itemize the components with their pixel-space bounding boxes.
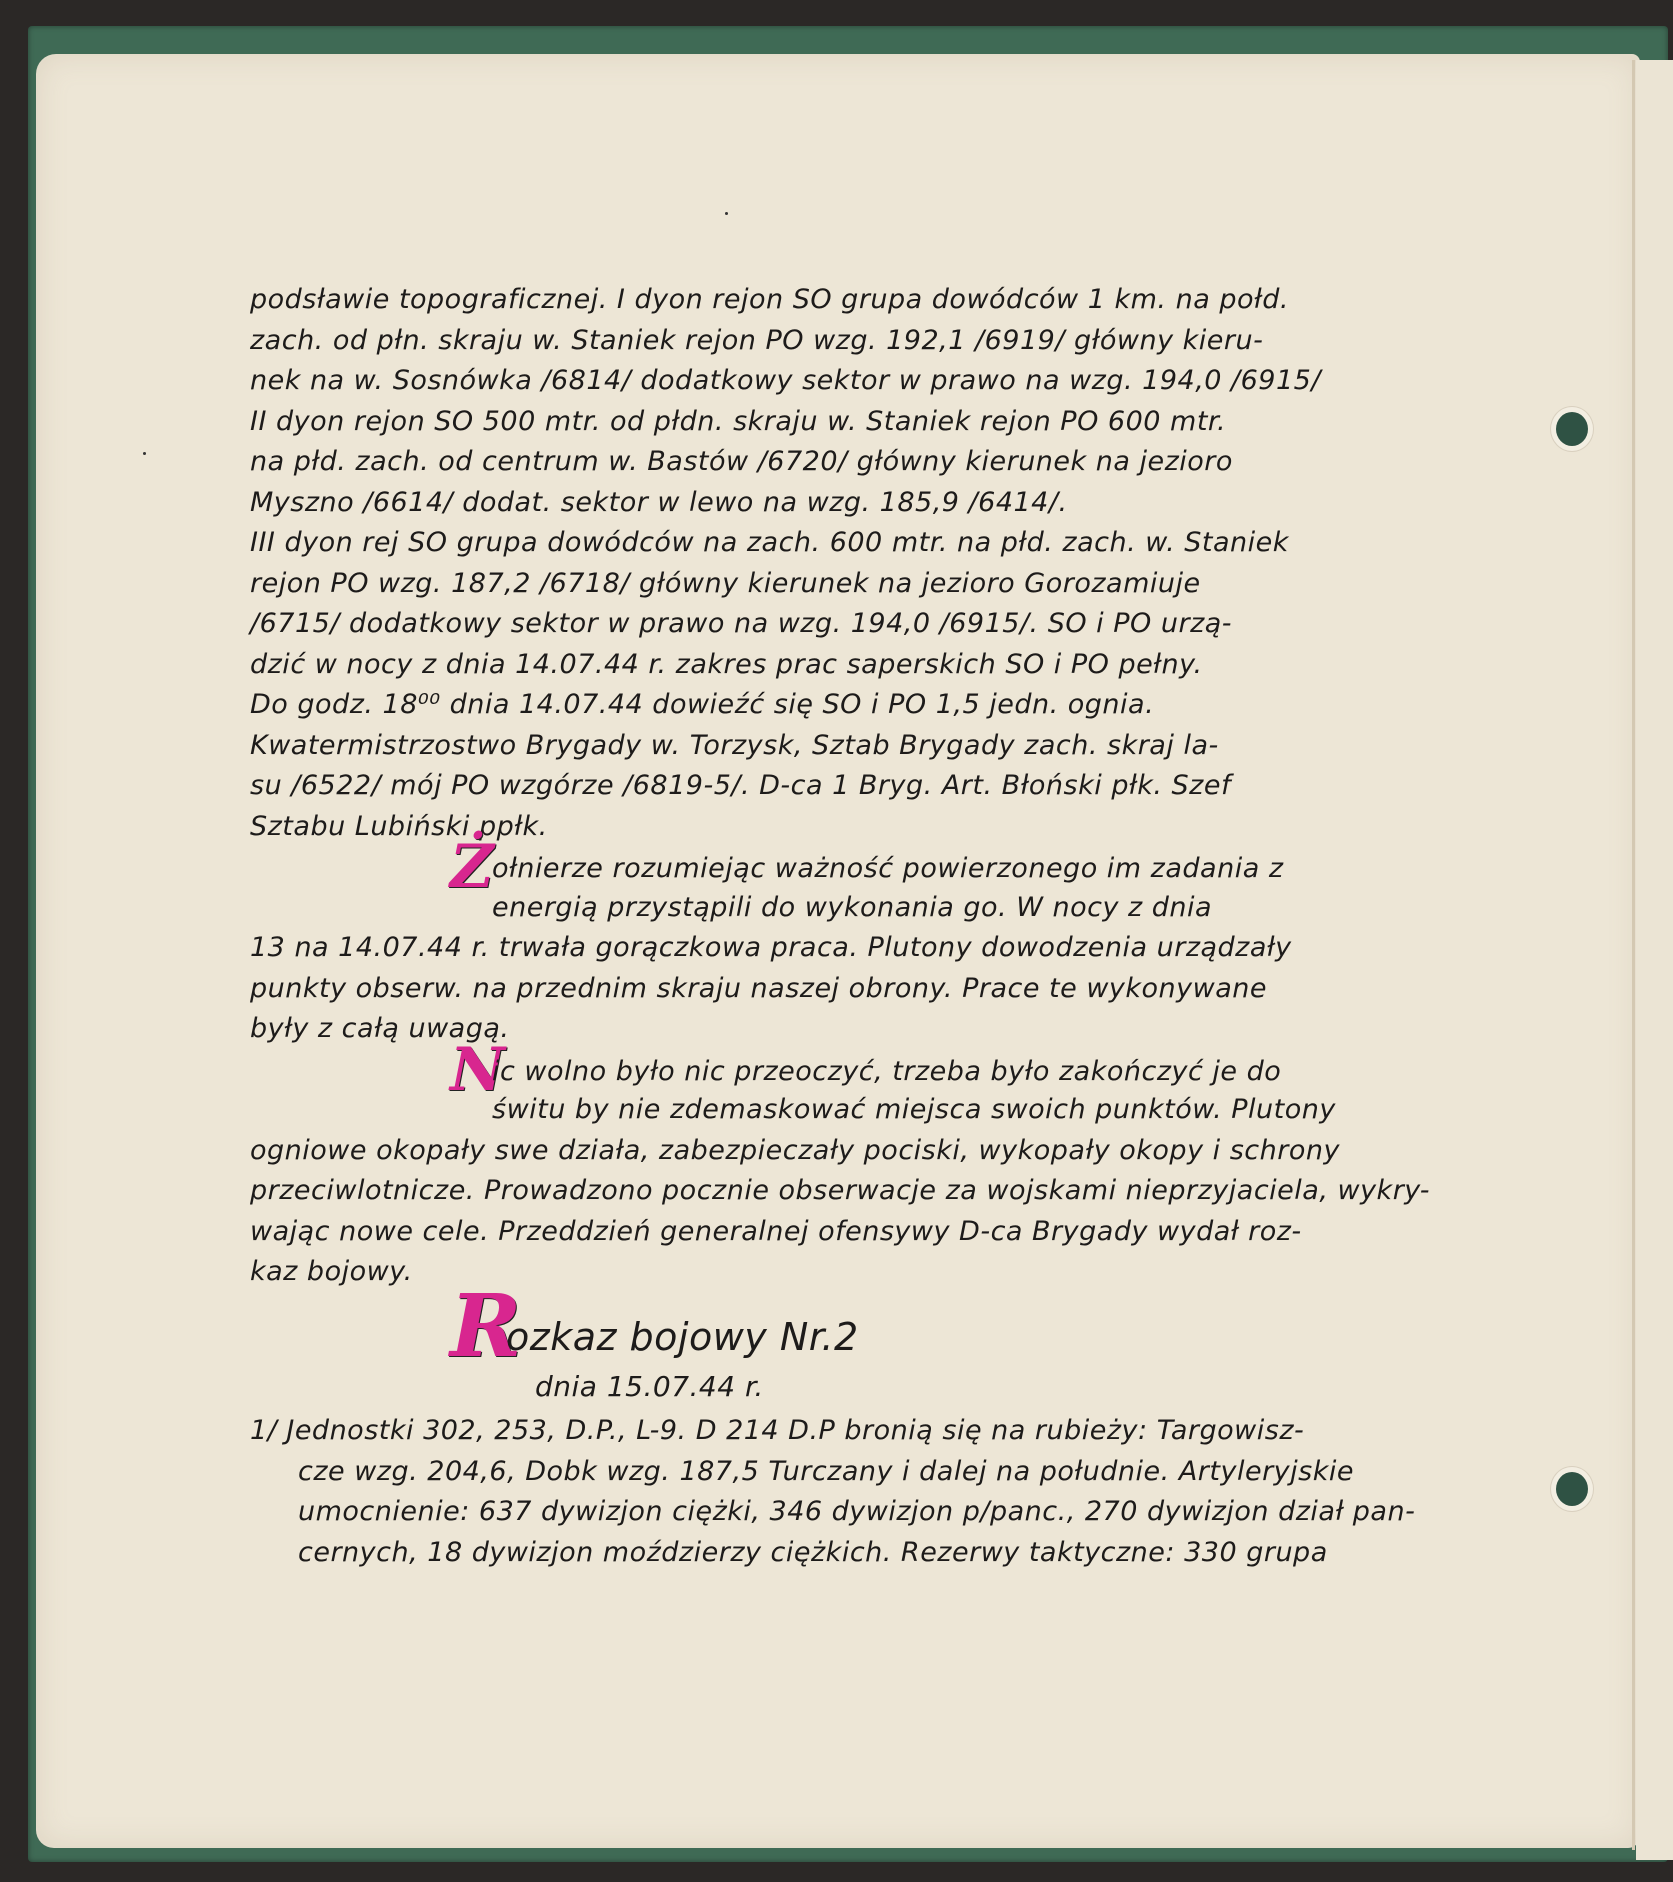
paragraph-topographic: podsławie topograficznej. I dyon rejon S… [250,280,1450,847]
illuminated-initial: R [450,1307,506,1347]
paragraph-soldiers: Żołnierze rozumiejąc ważność powierzoneg… [250,847,1450,1050]
text-line: 1/ Jednostki 302, 253, D.P., L-9. D 214 … [250,1411,1450,1452]
section-heading: Rozkaz bojowy Nr.2 [250,1307,1450,1367]
illuminated-initial: Ż [450,847,492,887]
text-line: Kwatermistrzostwo Brygady w. Torzysk, Sz… [250,726,1450,767]
text-line: na płd. zach. od centrum w. Bastów /6720… [250,442,1450,483]
page-fold-line [1632,60,1635,1850]
text-line-content: ołnierze rozumiejąc ważność powierzonego… [492,853,1284,884]
text-line: II dyon rejon SO 500 mtr. od płdn. skraj… [250,402,1450,443]
text-line: kaz bojowy. [250,1252,1450,1293]
text-line: III dyon rej SO grupa dowódców na zach. … [250,523,1450,564]
text-line: Myszno /6614/ dodat. sektor w lewo na wz… [250,483,1450,524]
text-line: cernych, 18 dywizjon moździerzy ciężkich… [250,1533,1450,1574]
text-line: podsławie topograficznej. I dyon rejon S… [250,280,1450,321]
text-line: Do godz. 18⁰⁰ dnia 14.07.44 dowieźć się … [250,685,1450,726]
ink-speck [143,452,146,455]
paragraph-preparations: Nic wolno było nic przeoczyć, trzeba był… [250,1050,1450,1293]
text-line: były z całą uwagą. [250,1009,1450,1050]
text-line: 13 na 14.07.44 r. trwała gorączkowa prac… [250,928,1450,969]
text-line: cze wzg. 204,6, Dobk wzg. 187,5 Turczany… [250,1452,1450,1493]
text-line: przeciwlotnicze. Prowadzono pocznie obse… [250,1171,1450,1212]
text-line: /6715/ dodatkowy sektor w prawo na wzg. … [250,604,1450,645]
text-line: Sztabu Lubiński ppłk. [250,807,1450,848]
text-line: energią przystąpili do wykonania go. W n… [250,888,1450,929]
text-line: su /6522/ mój PO wzgórze /6819-5/. D-ca … [250,766,1450,807]
text-line: umocnienie: 637 dywizjon ciężki, 346 dyw… [250,1492,1450,1533]
next-page-edge [1636,60,1673,1860]
text-line: Nic wolno było nic przeoczyć, trzeba był… [250,1050,1450,1091]
handwritten-text: podsławie topograficznej. I dyon rejon S… [250,280,1450,1573]
text-line: Żołnierze rozumiejąc ważność powierzoneg… [250,847,1450,888]
illuminated-initial: N [450,1050,492,1090]
text-line: dzić w nocy z dnia 14.07.44 r. zakres pr… [250,645,1450,686]
ink-speck [725,212,728,215]
text-line: nek na w. Sosnówka /6814/ dodatkowy sekt… [250,361,1450,402]
text-line-content: ic wolno było nic przeoczyć, trzeba było… [492,1056,1281,1087]
text-line: rejon PO wzg. 187,2 /6718/ główny kierun… [250,564,1450,605]
text-line: zach. od płn. skraju w. Staniek rejon PO… [250,321,1450,362]
order-item-1: 1/ Jednostki 302, 253, D.P., L-9. D 214 … [250,1411,1450,1573]
heading-date: dnia 15.07.44 r. [250,1367,1450,1408]
heading-title: ozkaz bojowy Nr.2 [506,1315,859,1359]
text-line: świtu by nie zdemaskować miejsca swoich … [250,1090,1450,1131]
text-line: wając nowe cele. Przeddzień generalnej o… [250,1212,1450,1253]
text-line: punkty obserw. na przednim skraju naszej… [250,969,1450,1010]
punch-hole-top [1556,412,1588,446]
text-line: ogniowe okopały swe działa, zabezpieczał… [250,1131,1450,1172]
punch-hole-bottom [1556,1472,1588,1506]
